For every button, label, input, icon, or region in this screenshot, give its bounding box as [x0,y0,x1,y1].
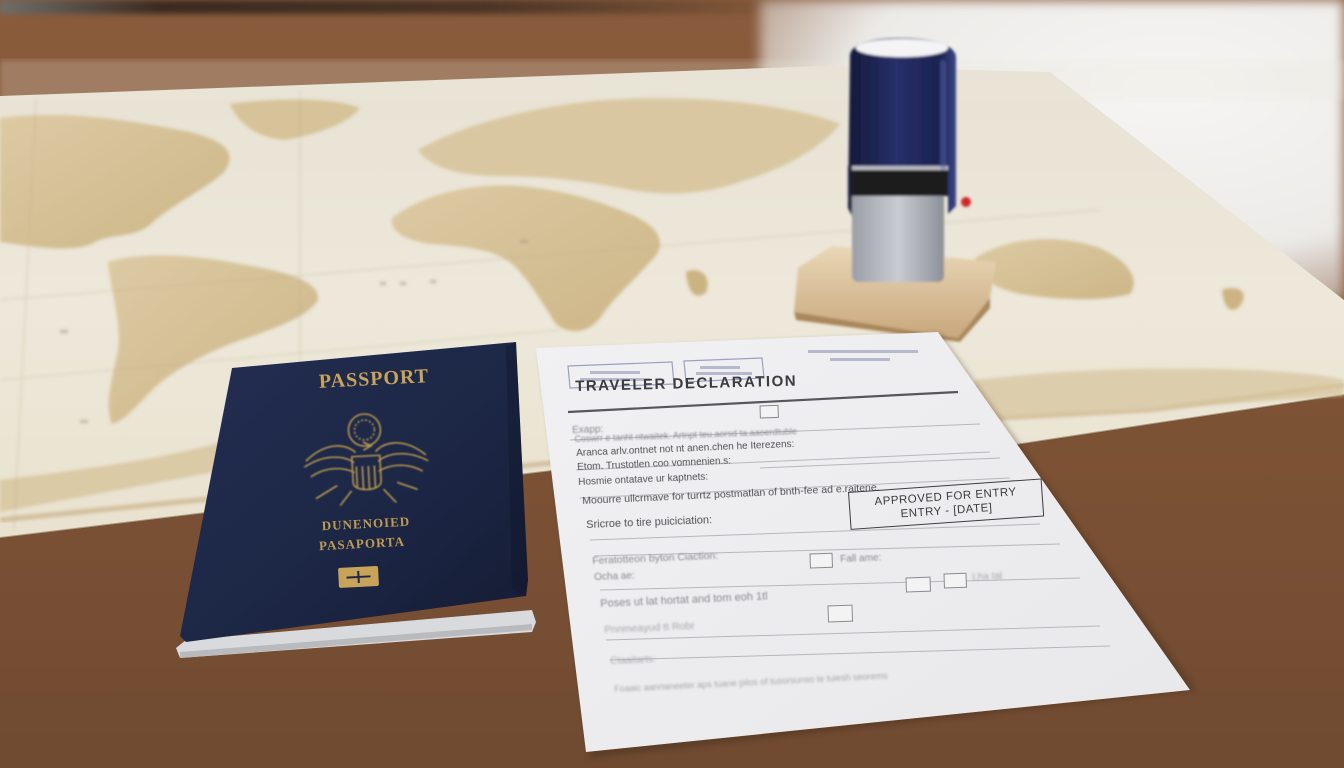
photo-scene: PASSPORT DUNENOIED PASAPORTA [0,0,1344,768]
biometric-chip-icon [338,566,379,588]
self-inking-stamp [790,36,1000,346]
passport[interactable]: PASSPORT DUNENOIED PASAPORTA [176,340,536,660]
